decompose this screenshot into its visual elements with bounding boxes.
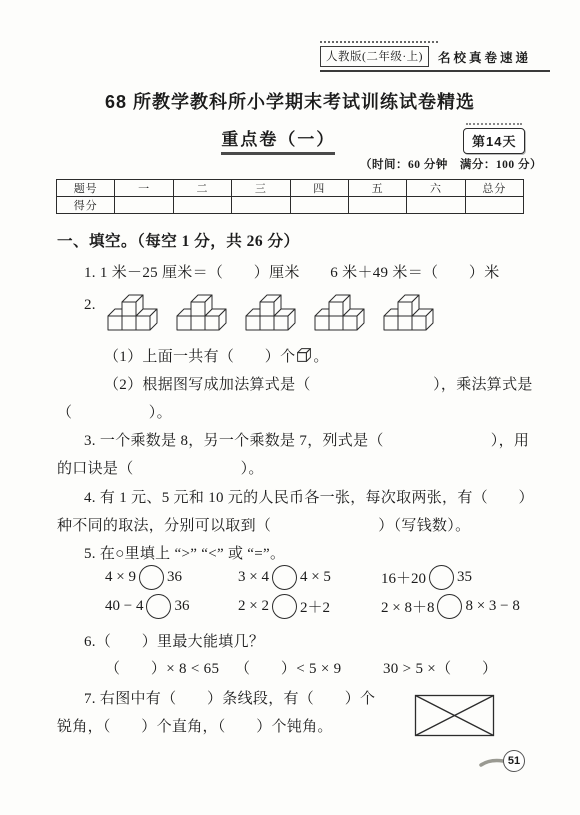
score-table-empty-cell xyxy=(290,197,348,214)
score-table-empty-cell xyxy=(173,197,231,214)
comparison-circle xyxy=(437,594,462,619)
score-table-cell: 四 xyxy=(290,180,348,197)
question-6-item: 30 > 5 ×（ ） xyxy=(383,657,497,678)
comparison-right: 35 xyxy=(457,569,472,586)
day-badge: 第14天 xyxy=(463,128,525,154)
comparison-circle xyxy=(272,594,297,619)
question-2-sub-1-period: 。 xyxy=(313,349,328,365)
cube-blocks-image xyxy=(104,291,162,339)
question-6-prompt: 6.（ ）里最大能填几？ xyxy=(84,630,264,651)
comparison-right: 8 × 3 − 8 xyxy=(465,598,519,615)
score-table-cell: 三 xyxy=(232,180,290,197)
comparison-item: 3 × 4 4 × 5 xyxy=(238,565,331,590)
score-table-score-row: 得分 xyxy=(57,197,524,214)
question-2-sub-2-line-1: （2）根据图写成加法算式是（ ），乘法算式是 xyxy=(104,373,533,394)
comparison-item: 40 − 4 36 xyxy=(105,594,189,619)
score-table-empty-cell xyxy=(348,197,406,214)
question-4-line-1: 4. 有 1 元、5 元和 10 元的人民币各一张，每次取两张，有（ ） xyxy=(84,486,534,507)
score-table-cell: 六 xyxy=(407,180,465,197)
series-label: 名校真卷速递 xyxy=(438,48,531,66)
comparison-item: 16＋20 35 xyxy=(381,565,472,590)
comparison-left: 40 − 4 xyxy=(105,598,143,615)
question-7-line-2: 锐角，（ ）个直角，（ ）个钝角。 xyxy=(57,715,333,736)
question-3-line-1: 3. 一个乘数是 8，另一个乘数是 7，列式是（ ），用 xyxy=(84,429,529,450)
comparison-left: 16＋20 xyxy=(381,567,426,588)
question-3-line-2: 的口诀是（ ）。 xyxy=(57,457,264,478)
score-table-empty-cell xyxy=(407,197,465,214)
paper-title: 68 所教学教科所小学期末考试训练试卷精选 xyxy=(0,88,580,114)
score-table-cell: 题号 xyxy=(57,180,115,197)
question-2-sub-2-line-2: （ ）。 xyxy=(57,401,172,422)
question-4-line-2: 种不同的取法，分别可以取到（ ）（写钱数）。 xyxy=(57,514,470,535)
day-badge-label: 第14天 xyxy=(472,134,516,149)
publisher-header: 人教版(二年级·上) 名校真卷速递 xyxy=(320,42,550,72)
comparison-item: 2 × 2 2＋2 xyxy=(238,594,330,619)
question-6-item: （ ）× 8 < 65 xyxy=(105,657,219,678)
perforation-line xyxy=(320,41,438,43)
cube-icon xyxy=(296,347,312,363)
rectangle-with-diagonals-figure xyxy=(414,694,496,740)
question-5-prompt: 5. 在○里填上 “>” “<” 或 “=”。 xyxy=(84,542,285,563)
exam-time-score-info: （时间：60 分钟 满分：100 分） xyxy=(360,156,542,172)
comparison-circle xyxy=(272,565,297,590)
comparison-left: 3 × 4 xyxy=(238,569,269,586)
badge-perforation-line xyxy=(466,123,522,125)
cube-groups-figure xyxy=(104,291,438,339)
question-6-item: （ ）< 5 × 9 xyxy=(235,657,341,678)
comparison-right: 36 xyxy=(167,569,182,586)
page-number: 51 xyxy=(503,750,525,772)
score-table-cell: 五 xyxy=(348,180,406,197)
edition-label: 人教版(二年级·上) xyxy=(320,46,429,67)
score-table-cell: 二 xyxy=(173,180,231,197)
question-1: 1. 1 米－25 厘米＝（ ）厘米 6 米＋49 米＝（ ）米 xyxy=(84,261,500,282)
question-2-sub-1-text: （1）上面一共有（ ）个 xyxy=(104,349,295,365)
question-2-sub-1: （1）上面一共有（ ）个。 xyxy=(104,345,329,366)
comparison-left: 2 × 8＋8 xyxy=(381,596,434,617)
comparison-item: 4 × 9 36 xyxy=(105,565,182,590)
score-table-cell: 得分 xyxy=(57,197,115,214)
comparison-circle xyxy=(429,565,454,590)
paper-subtitle: 重点卷（一） xyxy=(221,125,335,155)
cube-blocks-image xyxy=(311,291,369,339)
comparison-circle xyxy=(146,594,171,619)
comparison-left: 4 × 9 xyxy=(105,569,136,586)
page-number-swoosh xyxy=(479,756,505,768)
cube-blocks-image xyxy=(380,291,438,339)
comparison-circle xyxy=(139,565,164,590)
comparison-right: 2＋2 xyxy=(300,596,330,617)
score-table-cell: 总分 xyxy=(465,180,523,197)
score-table-empty-cell xyxy=(232,197,290,214)
score-table-empty-cell xyxy=(465,197,523,214)
comparison-right: 36 xyxy=(174,598,189,615)
cube-blocks-image xyxy=(173,291,231,339)
question-7-line-1: 7. 右图中有（ ）条线段，有（ ）个 xyxy=(84,687,375,708)
question-2-number: 2. xyxy=(84,297,96,314)
score-table-empty-cell xyxy=(115,197,173,214)
exam-paper-page: 人教版(二年级·上) 名校真卷速递 68 所教学教科所小学期末考试训练试卷精选 … xyxy=(0,0,580,815)
comparison-right: 4 × 5 xyxy=(300,569,331,586)
comparison-left: 2 × 2 xyxy=(238,598,269,615)
cube-blocks-image xyxy=(242,291,300,339)
comparison-item: 2 × 8＋8 8 × 3 − 8 xyxy=(381,594,520,619)
score-table-header-row: 题号 一 二 三 四 五 六 总分 xyxy=(57,180,524,197)
score-table-cell: 一 xyxy=(115,180,173,197)
score-table: 题号 一 二 三 四 五 六 总分 得分 xyxy=(56,179,524,214)
section-1-heading: 一、填空。（每空 1 分，共 26 分） xyxy=(57,229,300,251)
